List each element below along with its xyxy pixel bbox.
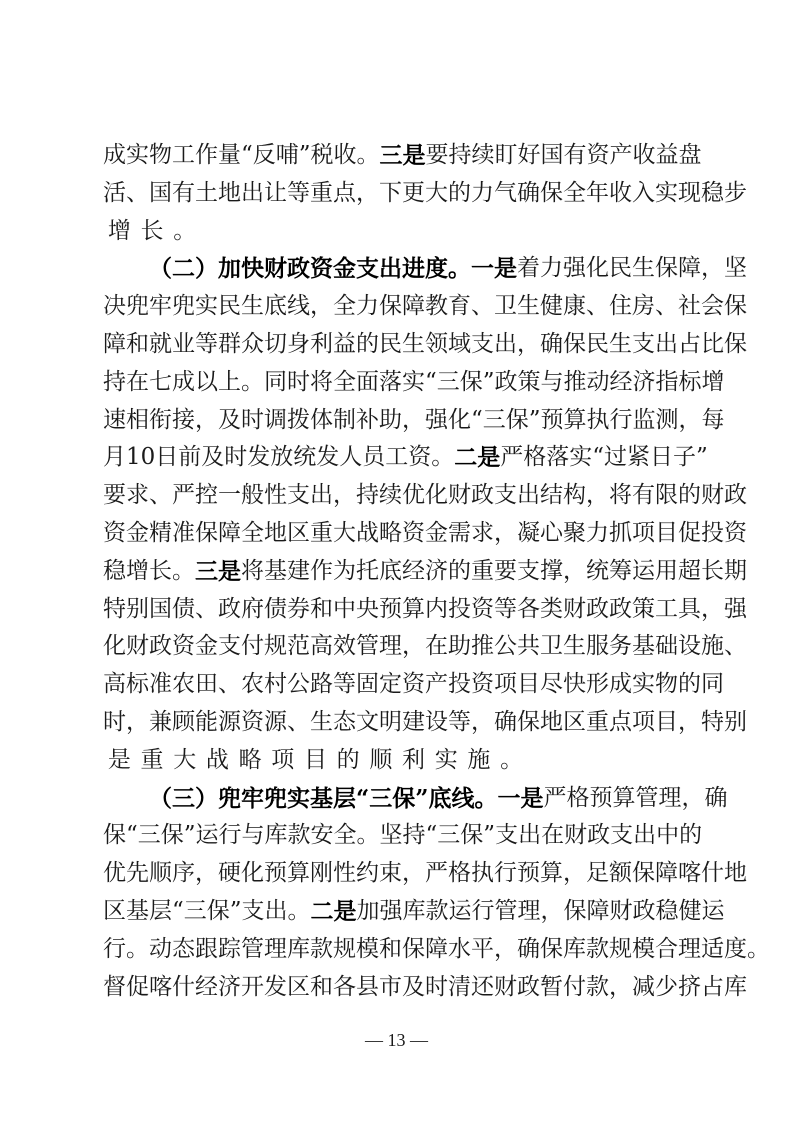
char: 共 [517,628,540,666]
char: 财 [494,969,517,1007]
char: 资 [587,137,610,175]
char: 切 [264,326,287,364]
char: 踪 [218,931,241,969]
text-line: 稳增长。三是将基建作为托底经济的重要支撑，统筹运用超长期 [103,553,693,591]
char: 运 [449,893,472,931]
char: 产 [425,666,448,704]
char: 化 [425,477,448,515]
char: 什 [172,969,195,1007]
bold-char: ） [195,250,218,288]
text-line: 速相衔接，及时调拨体制补助，强化“三保”预算执行监测，每 [103,402,693,440]
char: 态 [172,931,195,969]
char: 统 [586,553,609,591]
char: 格 [523,439,546,477]
text-line: 决兜牢兜实民生底线，全力保障教育、卫生健康、住房、社会保 [103,288,693,326]
char: 卫 [494,288,517,326]
char: 资 [402,666,425,704]
char: 增 [103,213,136,251]
char: 农 [241,666,264,704]
char: 大 [168,742,201,780]
char: 等 [287,175,310,213]
char: 三 [184,893,207,931]
char: 兜 [126,288,149,326]
char: 物 [149,137,172,175]
char: 身 [287,326,310,364]
char: 增 [702,364,725,402]
char: 暂 [540,969,563,1007]
char: 在 [126,364,149,402]
char: ， [471,704,494,742]
char: 超 [678,553,701,591]
char: 出 [310,477,333,515]
char: 卫 [540,628,563,666]
char: 约 [356,855,379,893]
char: 顺 [365,742,398,780]
char: 等 [494,591,517,629]
char: 土 [195,175,218,213]
char: 保 [724,326,747,364]
char: 成 [103,137,126,175]
bold-char: 三 [380,137,403,175]
char: 保 [103,817,126,855]
bold-char: 一 [471,250,494,288]
char: 算 [612,780,635,818]
char: 力 [586,515,609,553]
char: 执 [471,855,494,893]
text-line: 月10日前及时发放统发人员工资。二是严格落实“过紧日子” [103,439,693,477]
bold-char: 加 [218,250,241,288]
bold-char: ） [195,780,218,818]
text-line: （三）兜牢兜实基层“三保”底线。一是严格预算管理，确 [103,780,693,818]
bold-char: 是 [334,893,357,931]
char: 就 [149,326,172,364]
char: 的 [448,553,471,591]
char: 紧 [627,439,650,477]
char: 收 [334,137,357,175]
char: 实 [569,439,592,477]
char: 生 [241,288,264,326]
char: 相 [126,402,149,440]
bold-char: 基 [310,780,333,818]
char: 规 [264,628,287,666]
char: ” [696,439,708,477]
char: 公 [494,628,517,666]
char: 财 [448,477,471,515]
char: 补 [356,402,379,440]
char: 层 [149,893,172,931]
char: ， [701,591,724,629]
char: 。 [241,364,264,402]
char: 资 [172,628,195,666]
text-line: 区基层“三保”支出。二是加强库款运行管理，保障财政稳健运 [103,893,693,931]
char: 构 [563,477,586,515]
char: 、 [126,175,149,213]
char: 格 [448,855,471,893]
char: 等 [333,666,356,704]
char: 优 [402,477,425,515]
char: 社 [678,288,701,326]
char: 实 [126,137,149,175]
char: 资 [724,515,747,553]
char: 作 [195,137,218,175]
char: 准 [149,666,172,704]
char: 算 [540,855,563,893]
char: 推 [471,628,494,666]
char: 健 [540,288,563,326]
char: 管 [241,931,264,969]
char: 别 [724,704,747,742]
text-line: 成实物工作量“反哺”税收。三是要持续盯好国有资产收益盘 [103,137,693,175]
char: 前 [178,439,201,477]
char: 资 [471,666,494,704]
char: 强 [563,250,586,288]
char: 地 [218,175,241,213]
char: 理 [264,931,287,969]
char: 健 [679,893,702,931]
char: 落 [379,364,402,402]
char: 坚 [380,817,403,855]
char: 落 [546,439,569,477]
char: 执 [587,402,610,440]
char: ” [184,817,196,855]
char: 理 [518,893,541,931]
char: 步 [724,175,747,213]
char: 托 [356,553,379,591]
char: 盘 [679,137,702,175]
char: 年 [586,175,609,213]
bold-char: 金 [333,250,356,288]
char: 战 [201,742,234,780]
char: 出 [265,893,288,931]
char: 日 [650,439,673,477]
char: 预 [589,780,612,818]
char: 更 [402,175,425,213]
char: 足 [586,855,609,893]
char: 接 [172,402,195,440]
bold-char: 是 [520,780,543,818]
char: 债 [264,591,287,629]
char: 安 [311,817,334,855]
char: 财 [564,817,587,855]
char: 心 [540,515,563,553]
char: 济 [633,364,656,402]
char: 着 [517,250,540,288]
char: 重 [310,175,333,213]
char: 时 [103,704,126,742]
char: ， [609,969,632,1007]
char: 大 [425,175,448,213]
char: 运 [702,893,725,931]
char: 续 [379,477,402,515]
char: 会 [701,288,724,326]
char: 、 [149,477,172,515]
char: 领 [425,326,448,364]
char: 优 [103,855,126,893]
bold-char: 牢 [241,780,264,818]
char: 坚 [724,250,747,288]
char: 产 [610,137,633,175]
char: 款 [288,817,311,855]
char: 促 [126,969,149,1007]
bold-char: 。 [448,250,471,288]
char: 付 [563,969,586,1007]
char: 行 [494,855,517,893]
char: 稳 [103,553,126,591]
char: 出 [518,817,541,855]
bold-char: 是 [494,250,517,288]
char: 每 [702,402,725,440]
char: 出 [655,326,678,364]
char: 高 [310,628,333,666]
char: 源 [264,704,287,742]
char: 农 [172,666,195,704]
char: 经 [195,969,218,1007]
char: 在 [425,628,448,666]
char: 发 [316,439,339,477]
char: 工 [385,439,408,477]
char: ， [681,780,704,818]
bold-char: 是 [477,439,500,477]
char: 成 [172,364,195,402]
char: 类 [540,591,563,629]
char: 及 [218,402,241,440]
char: 标 [126,666,149,704]
char: 严 [500,439,523,477]
text-line: 督促喀什经济开发区和各县市及时清还财政暂付款，减少挤占库 [103,969,693,1007]
char: 开 [241,969,264,1007]
char: 抓 [609,515,632,553]
bold-char: 二 [172,250,195,288]
char: 少 [655,969,678,1007]
char: 态 [333,704,356,742]
bold-char: 政 [287,250,310,288]
char: 力 [540,250,563,288]
char: 行 [219,817,242,855]
char: 库 [287,931,310,969]
char: 理 [379,628,402,666]
char: 库 [403,893,426,931]
char: 清 [448,969,471,1007]
char [103,250,126,288]
bold-char: 。 [474,780,497,818]
char: 全 [563,175,586,213]
char: 础 [655,628,678,666]
char: 为 [333,553,356,591]
char: 政 [471,477,494,515]
bold-char: （ [149,780,172,818]
char: 确 [704,780,727,818]
char: 面 [356,364,379,402]
char: 筹 [609,553,632,591]
char: ， [126,704,149,742]
char: 减 [632,969,655,1007]
char: 款 [310,931,333,969]
char: 预 [517,855,540,893]
char: 康 [563,288,586,326]
char: 限 [655,477,678,515]
char: 资 [471,591,494,629]
char: 持 [103,364,126,402]
bold-char: 线 [451,780,474,818]
char: 支 [632,326,655,364]
char: 气 [494,175,517,213]
char: 民 [218,288,241,326]
bold-char: 层 [333,780,356,818]
char: 国 [149,175,172,213]
char: 能 [195,704,218,742]
char: 成 [609,666,632,704]
char: 模 [356,931,379,969]
char: 略 [234,742,267,780]
bold-char: 兜 [218,780,241,818]
char: 稳 [656,893,679,931]
char: 保 [540,175,563,213]
char: 区 [103,893,126,931]
char: 济 [425,553,448,591]
char: 力 [356,288,379,326]
char: 务 [609,628,632,666]
char: 喀 [678,855,701,893]
char: 格 [566,780,589,818]
char: 政 [517,969,540,1007]
char: 与 [242,817,265,855]
char: 。 [357,817,380,855]
char: 实 [430,742,463,780]
char: 占 [701,969,724,1007]
char: 的 [678,477,701,515]
char: ， [310,288,333,326]
char: 力 [471,175,494,213]
char: 政 [633,893,656,931]
char: 的 [332,742,365,780]
char: 利 [310,326,333,364]
char: 财 [563,591,586,629]
char: 底 [379,553,402,591]
char: 发 [247,439,270,477]
char: 活 [103,175,126,213]
char: 长 [149,553,172,591]
text-line: 活、国有土地出让等重点，下更大的力气确保全年收入实现稳步 [103,175,693,213]
char: 凝 [517,515,540,553]
text-line: 时，兼顾能源资源、生态文明建设等，确保地区重点项目，特别 [103,704,693,742]
char: 略 [379,515,402,553]
char: 准 [172,515,195,553]
char: “ [426,817,438,855]
bold-char: 出 [379,250,402,288]
char: 业 [172,326,195,364]
char: 续 [472,137,495,175]
char: 保 [564,893,587,931]
char: 求 [471,515,494,553]
char: 期 [724,553,747,591]
char: 上 [218,364,241,402]
char: 需 [448,515,471,553]
char: 债 [172,591,195,629]
char: 范 [287,628,310,666]
char: 聚 [563,515,586,553]
char: 民 [586,326,609,364]
char: 支 [495,817,518,855]
char: 策 [518,364,541,402]
char: 模 [632,931,655,969]
char: ， [586,477,609,515]
text-line: 优先顺序，硬化预算刚性约束，严格执行预算，足额保障喀什地 [103,855,693,893]
char: 。 [357,137,380,175]
char: 。 [126,931,149,969]
char: 住 [609,288,632,326]
char: 库 [563,931,586,969]
char: 时 [287,364,310,402]
char: 支 [242,893,265,931]
char: 化 [241,855,264,893]
text-line: 障和就业等群众切身利益的民生领域支出，确保民生支出占比保 [103,326,693,364]
char: 文 [356,704,379,742]
char: 生 [310,704,333,742]
char: 行 [472,893,495,931]
char: 统 [293,439,316,477]
char: 增 [126,553,149,591]
char: 兼 [149,704,172,742]
char: 严 [172,477,195,515]
char: 中 [656,817,679,855]
char: 用 [655,553,678,591]
char: 定 [379,666,402,704]
char: 什 [701,855,724,893]
text-line: （二）加快财政资金支出进度。一是着力强化民生保障，坚 [103,250,693,288]
char: 尽 [540,666,563,704]
char: 理 [658,780,681,818]
char: 施 [701,628,724,666]
char: ， [701,250,724,288]
char: 七 [149,364,172,402]
char: 工 [655,591,678,629]
char: 严 [425,855,448,893]
char: 人 [339,439,362,477]
char: 项 [632,515,655,553]
char: 设 [678,628,701,666]
char: 先 [126,855,149,893]
char: 助 [448,628,471,666]
char: 区 [563,704,586,742]
char: 资 [408,439,431,477]
char: 在 [541,817,564,855]
char: 金 [425,515,448,553]
char: ， [517,326,540,364]
char: ， [402,855,425,893]
char: 强 [724,591,747,629]
char: 严 [543,780,566,818]
char: 特 [103,591,126,629]
char: 保 [195,515,218,553]
char: 经 [402,553,425,591]
char: 款 [426,893,449,931]
char: ， [356,175,379,213]
char: 保 [632,855,655,893]
char: 障 [678,250,701,288]
char: 持 [403,817,426,855]
char: 高 [103,666,126,704]
char: 喀 [149,969,172,1007]
char: 制 [333,402,356,440]
char: 入 [632,175,655,213]
text-line: 资金精准保障全地区重大战略资金需求，凝心聚力抓项目促投资 [103,515,693,553]
char: 行 [103,931,126,969]
char: 支 [517,553,540,591]
char: 基 [126,893,149,931]
char: 度 [724,931,747,969]
char: 府 [241,591,264,629]
text-line: 行。动态跟踪管理库款规模和保障水平，确保库款规模合理适度。 [103,931,693,969]
